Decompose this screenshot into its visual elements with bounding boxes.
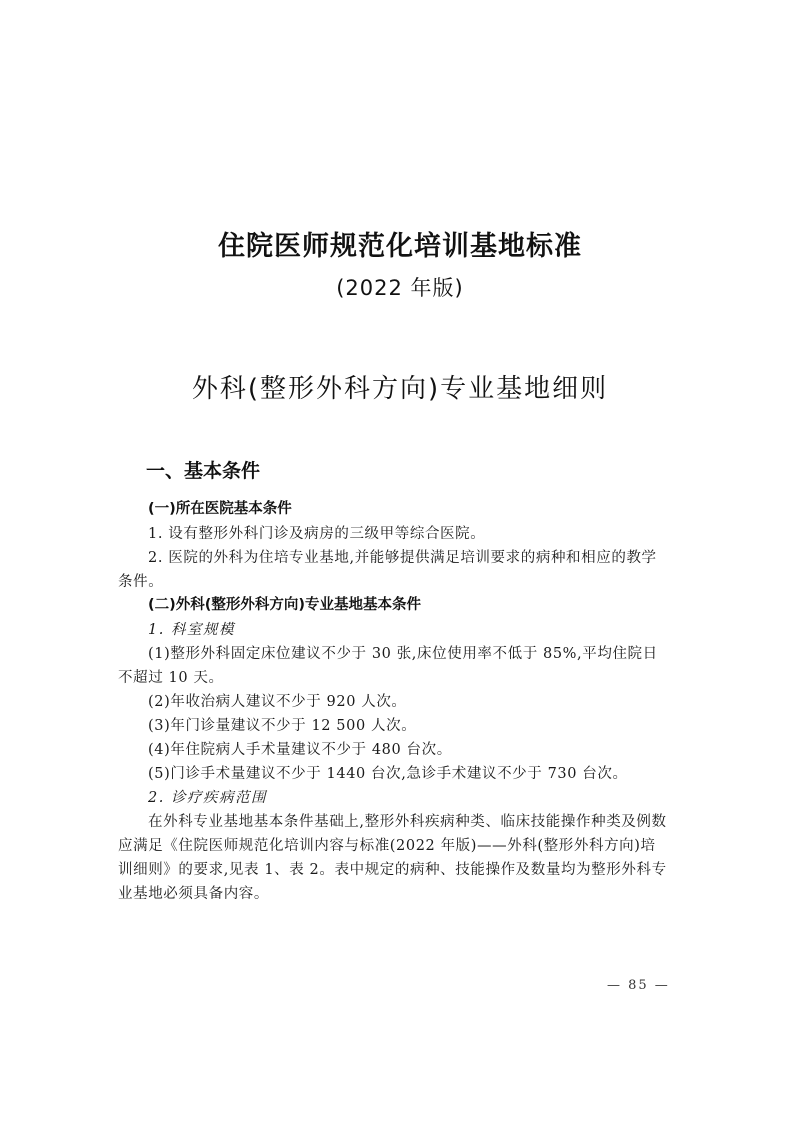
subsection-heading-hospital-conditions: (一)所在医院基本条件 — [148, 498, 668, 522]
page-number: — 85 — — [607, 978, 670, 993]
document-body: 一、基本条件 (一)所在医院基本条件 1. 设有整形外科门诊及病房的三级甲等综合… — [148, 458, 668, 906]
document-page: 住院医师规范化培训基地标准 (2022 年版) 外科(整形外科方向)专业基地细则… — [0, 0, 800, 1131]
list-item: (4)年住院病人手术量建议不少于 480 台次。 — [148, 738, 668, 762]
subsection-heading-base-conditions: (二)外科(整形外科方向)专业基地基本条件 — [148, 594, 668, 618]
list-item: (2)年收治病人建议不少于 920 人次。 — [148, 690, 668, 714]
edition-label: (2022 年版) — [0, 272, 800, 302]
list-item: 2. 医院的外科为住培专业基地,并能够提供满足培训要求的病种和相应的教学条件。 — [118, 546, 668, 594]
list-item: 1. 设有整形外科门诊及病房的三级甲等综合医院。 — [148, 522, 668, 546]
part-heading-disease-scope: 2. 诊疗疾病范围 — [148, 786, 668, 810]
paragraph-disease-scope: 在外科专业基地基本条件基础上,整形外科疾病种类、临床技能操作种类及例数应满足《住… — [118, 810, 668, 906]
document-subtitle: 外科(整形外科方向)专业基地细则 — [0, 368, 800, 405]
section-heading-basic-conditions: 一、基本条件 — [146, 458, 668, 484]
list-item: (3)年门诊量建议不少于 12 500 人次。 — [148, 714, 668, 738]
list-item: (5)门诊手术量建议不少于 1440 台次,急诊手术建议不少于 730 台次。 — [148, 762, 668, 786]
document-title: 住院医师规范化培训基地标准 — [0, 224, 800, 263]
part-heading-department-scale: 1. 科室规模 — [148, 618, 668, 642]
list-item: (1)整形外科固定床位建议不少于 30 张,床位使用率不低于 85%,平均住院日… — [118, 642, 668, 690]
